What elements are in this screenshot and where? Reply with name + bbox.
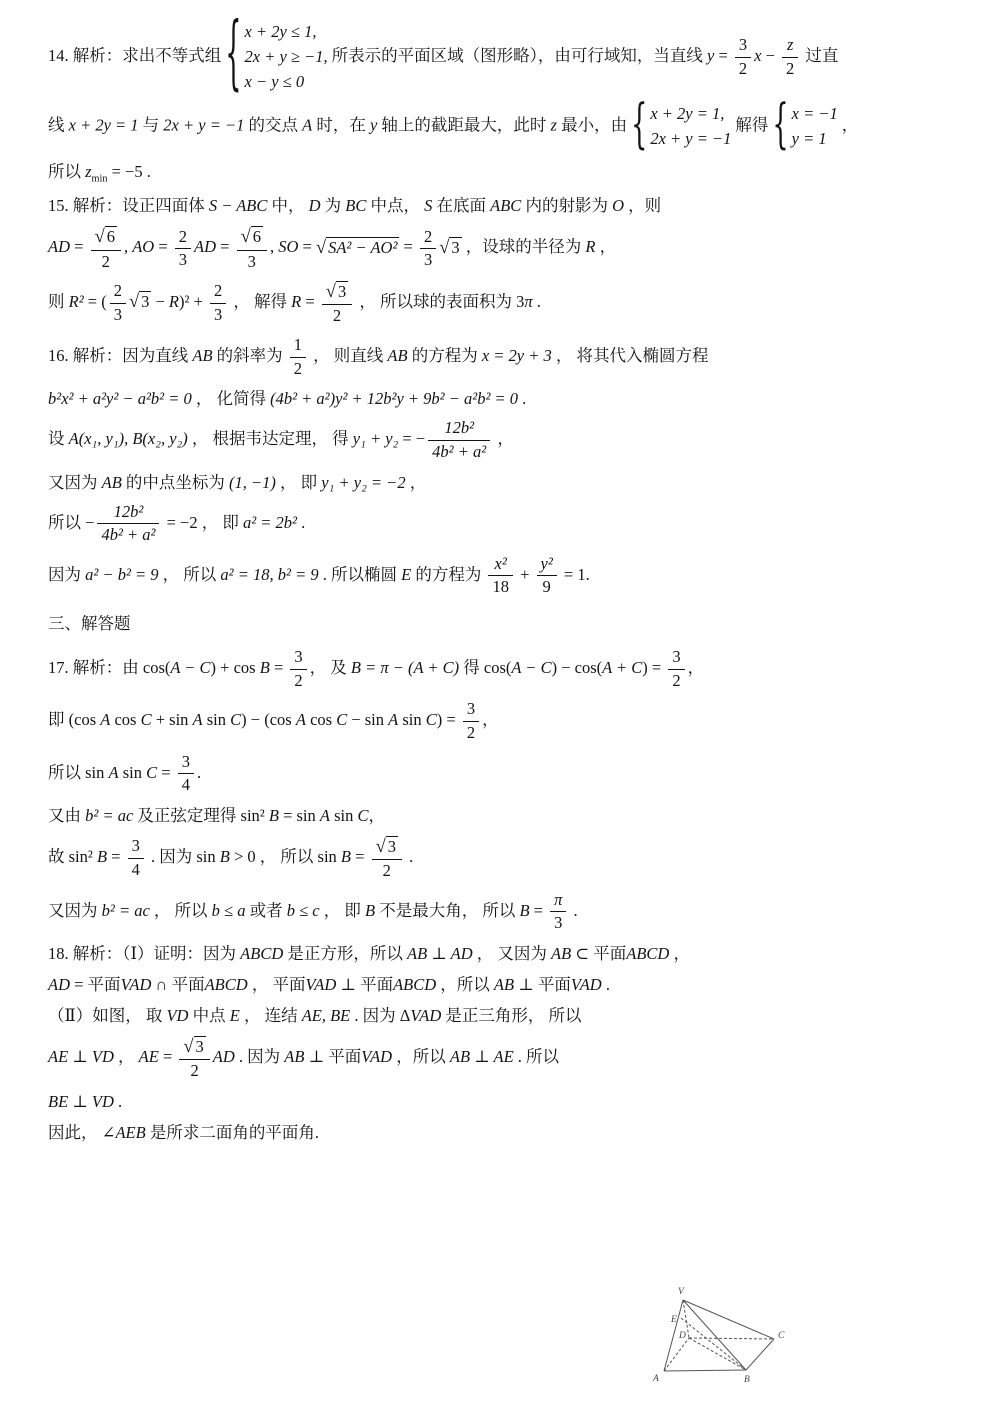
fraction-denominator: 3	[175, 249, 191, 271]
fraction-denominator: 2	[290, 358, 306, 380]
dashed-edge-DB	[689, 1338, 746, 1370]
math-run: B	[97, 847, 107, 866]
text-run: 故 sin²	[48, 847, 97, 866]
text-run: ， 连结	[240, 1006, 302, 1025]
text-run: 所以 −	[48, 513, 94, 532]
p14-line-1: 14. 解析：求出不等式组{x + 2y ≤ 1,2x + y ≥ −1,x −…	[48, 20, 958, 94]
text-run: ，	[493, 429, 514, 448]
left-brace: {	[225, 17, 241, 98]
text-run: 18. 解析：（Ⅰ）证明：因为	[48, 944, 240, 963]
p14-line-3: 所以 zmin = −5 .	[48, 160, 958, 187]
math-run: π	[524, 292, 532, 311]
math-run: SA² − AO²	[328, 238, 397, 257]
text-run: > 0 ， 所以 sin	[230, 847, 341, 866]
text-run: =	[351, 847, 369, 866]
math-run: VD	[166, 1006, 188, 1025]
text-run: 中点	[188, 1006, 229, 1025]
math-run: ABC	[490, 196, 521, 215]
radicand: 6	[105, 226, 117, 246]
problem-15: 15. 解析：设正四面体 S − ABC 中， D 为 BC 中点， S 在底面…	[48, 194, 958, 327]
text-run: ， 平面	[248, 975, 306, 994]
math-run: AB	[551, 944, 571, 963]
fraction: 23	[175, 227, 191, 271]
radical-sign: √	[316, 237, 326, 257]
math-run: VAD	[121, 975, 152, 994]
text-run: sin	[398, 710, 426, 729]
cases-group: {x + 2y ≤ 1,2x + y ≥ −1,x − y ≤ 0	[225, 20, 327, 94]
fraction-numerator: 3	[668, 647, 684, 670]
math-run: y₁ + y₂	[353, 429, 399, 448]
text-run: = (	[84, 292, 107, 311]
text-run: ⊥ 平面	[304, 1047, 361, 1066]
math-run: x = 2y + 3	[482, 346, 552, 365]
math-run: C	[146, 763, 157, 782]
math-run: VAD	[305, 975, 336, 994]
fraction: √32	[322, 280, 352, 327]
text-run: 中点，	[366, 196, 424, 215]
fraction-denominator: 2	[463, 722, 479, 744]
cases-row: x − y ≤ 0	[245, 70, 328, 95]
text-run: + sin	[152, 710, 193, 729]
math-run: AB	[494, 975, 514, 994]
fraction: 23	[210, 281, 226, 325]
fraction: 12b²4b² + a²	[428, 418, 490, 462]
fraction-numerator: 2	[210, 281, 226, 304]
p18-line-5: BE ⊥ VD .	[48, 1090, 958, 1113]
fraction-numerator: π	[550, 890, 566, 913]
solid-edge-AB	[664, 1370, 746, 1371]
radical-sign: √	[241, 226, 251, 246]
text-run: ) − cos(	[552, 658, 603, 677]
text-run: ， 所以球的表面积为 3	[355, 292, 524, 311]
math-run: AB	[102, 473, 122, 492]
radicand: SA² − AO²	[326, 237, 399, 257]
fraction-numerator: z	[782, 35, 798, 58]
text-run: ,	[270, 238, 278, 257]
text-run: ，	[669, 944, 690, 963]
text-run: =	[301, 292, 319, 311]
math-run: A	[109, 763, 119, 782]
text-run: ， 又因为	[473, 944, 551, 963]
p18-line-2: AD = 平面VAD ∩ 平面ABCD ， 平面VAD ⊥ 平面ABCD ，所以…	[48, 973, 958, 996]
math-run: C	[426, 710, 437, 729]
text-run: )² +	[179, 292, 207, 311]
square-root: √3	[326, 282, 348, 301]
text-run: =	[399, 238, 417, 257]
p16-line-2: b²x² + a²y² − a²b² = 0 ， 化简得 (4b² + a²)y…	[48, 387, 958, 410]
text-run: ，	[842, 116, 859, 135]
problem-14: 14. 解析：求出不等式组{x + 2y ≤ 1,2x + y ≥ −1,x −…	[48, 20, 958, 186]
text-run: ， 则直线	[309, 346, 387, 365]
math-run: E	[230, 1006, 240, 1025]
math-run: VAD	[361, 1047, 392, 1066]
fraction-denominator: 2	[322, 305, 352, 327]
fraction-denominator: 9	[537, 576, 557, 598]
fraction-denominator: 2	[372, 860, 402, 882]
math-run: A − C	[511, 658, 551, 677]
fraction-numerator: 3	[128, 836, 144, 859]
math-run: AB ⊥ AE	[450, 1047, 514, 1066]
math-run: b ≤ a	[212, 901, 246, 920]
radical-sign: √	[439, 237, 449, 257]
text-run: 又因为	[48, 901, 102, 920]
text-run: ， 化简得	[192, 389, 270, 408]
fraction-denominator: 2	[668, 670, 684, 692]
math-run: 12b²	[114, 502, 144, 521]
math-run: AD	[213, 1047, 235, 1066]
math-run: b ≤ c	[287, 901, 320, 920]
p17-line-5: 故 sin² B = 34 . 因为 sin B > 0 ， 所以 sin B …	[48, 835, 958, 882]
fraction: π3	[550, 890, 566, 934]
text-run: 的斜率为	[213, 346, 287, 365]
solid-edge-BC	[746, 1339, 774, 1370]
fraction-numerator: √3	[179, 1035, 209, 1060]
text-run: .	[518, 389, 526, 408]
text-run: ，设球的半径为	[462, 238, 586, 257]
p16-line-6: 因为 a² − b² = 9 ， 所以 a² = 18, b² = 9 . 所以…	[48, 554, 958, 598]
math-run: b²x² + a²y² − a²b² = 0	[48, 389, 192, 408]
text-run: ,	[124, 238, 132, 257]
text-run: cos	[306, 710, 336, 729]
radicand: 3	[386, 836, 398, 856]
text-run: =	[714, 46, 732, 65]
fraction: z2	[782, 35, 798, 79]
text-run: 的中点坐标为	[122, 473, 229, 492]
text-run: 17. 解析：由 cos(	[48, 658, 170, 677]
fraction-denominator: 2	[91, 251, 121, 273]
fraction-numerator: 2	[420, 227, 436, 250]
fraction-denominator: 4	[178, 774, 194, 796]
p18-line-6: 因此， ∠AEB 是所求二面角的平面角.	[48, 1121, 958, 1144]
text-run: 即 (cos	[48, 710, 100, 729]
p17-line-6: 又因为 b² = ac ， 所以 b ≤ a 或者 b ≤ c ， 即 B 不是…	[48, 890, 958, 934]
text-run: . 因为	[235, 1047, 285, 1066]
p18-line-4: AE ⊥ VD ， AE = √32AD . 因为 AB ⊥ 平面VAD ，所以…	[48, 1035, 958, 1082]
math-run: (1, −1)	[229, 473, 276, 492]
text-run: .	[569, 901, 577, 920]
left-brace: {	[772, 100, 788, 154]
cases-group: {x + 2y = 1,2x + y = −1	[631, 102, 731, 152]
math-run: AE, BE	[302, 1006, 351, 1025]
math-run: S − ABC	[209, 196, 268, 215]
fraction-denominator: 2	[179, 1060, 209, 1082]
vertex-label-V: V	[678, 1287, 685, 1297]
math-run: 12b²	[444, 418, 474, 437]
math-run: AB	[284, 1047, 304, 1066]
math-run: ABCD	[240, 944, 283, 963]
fraction-denominator: 4b² + a²	[428, 441, 490, 463]
math-run: C	[141, 710, 152, 729]
fraction-denominator: 3	[210, 304, 226, 326]
text-run: ， 即	[320, 901, 365, 920]
p17-line-4: 又由 b² = ac 及正弦定理得 sin² B = sin A sin C，	[48, 804, 958, 827]
fraction-numerator: 12b²	[428, 418, 490, 441]
math-run: x²	[495, 554, 507, 573]
square-root: √6	[241, 227, 263, 246]
text-run: 与	[139, 116, 164, 135]
text-run: = 1.	[560, 565, 590, 584]
text-run: 又因为	[48, 473, 102, 492]
fraction-denominator: 2	[735, 58, 751, 80]
text-run: ， 根据韦达定理， 得	[188, 429, 353, 448]
subscripted-var: zmin	[85, 162, 107, 181]
math-run: A	[388, 710, 398, 729]
p18-line-3: （Ⅱ）如图， 取 VD 中点 E ， 连结 AE, BE . 因为 ΔVAD 是…	[48, 1004, 958, 1027]
text-run: 因此， ∠	[48, 1123, 115, 1142]
text-run: ，	[482, 710, 499, 729]
text-run: ) =	[642, 658, 665, 677]
math-run: VAD	[571, 975, 602, 994]
math-run: A	[296, 710, 306, 729]
fraction: 34	[178, 752, 194, 796]
math-run: R	[169, 292, 179, 311]
text-run: . 所以椭圆	[319, 565, 402, 584]
text-run: 是正三角形， 所以	[441, 1006, 581, 1025]
problem-18: 18. 解析：（Ⅰ）证明：因为 ABCD 是正方形，所以 AB ⊥ AD ， 又…	[48, 942, 958, 1144]
math-run: AD	[48, 238, 70, 257]
math-run: A	[320, 806, 330, 825]
math-run: C	[358, 806, 369, 825]
fraction: 23	[110, 281, 126, 325]
fraction-numerator: √6	[237, 225, 267, 250]
math-run: ABCD	[626, 944, 669, 963]
vertex-label-B: B	[744, 1375, 750, 1385]
p17-line-1: 17. 解析：由 cos(A − C) + cos B = 32， 及 B = …	[48, 647, 958, 691]
text-run: .	[405, 847, 413, 866]
text-run: 解得	[735, 116, 768, 135]
text-run: ) − (cos	[241, 710, 296, 729]
math-run: ABCD	[205, 975, 248, 994]
text-run: ，	[595, 238, 616, 257]
square-root: √SA² − AO²	[316, 238, 399, 257]
math-run: π	[554, 890, 562, 909]
p15-line-1: 15. 解析：设正四面体 S − ABC 中， D 为 BC 中点， S 在底面…	[48, 194, 958, 217]
math-run: B	[365, 901, 375, 920]
text-run: 又由	[48, 806, 85, 825]
math-run: B = π − (A + C)	[351, 658, 459, 677]
fraction-numerator: x²	[488, 554, 513, 577]
text-run: ，	[688, 658, 705, 677]
text-run: 不是最大角， 所以	[375, 901, 519, 920]
text-run: −	[151, 292, 169, 311]
square-root: √6	[95, 227, 117, 246]
fraction: √63	[237, 225, 267, 272]
text-run: 及正弦定理得 sin²	[133, 806, 269, 825]
text-run: ， 及	[310, 658, 351, 677]
fraction-numerator: 2	[175, 227, 191, 250]
text-run: =	[154, 238, 172, 257]
fraction-numerator: √3	[372, 835, 402, 860]
math-run: B	[269, 806, 279, 825]
fraction-numerator: y²	[537, 554, 557, 577]
text-run: 得 cos(	[459, 658, 511, 677]
math-run: C	[336, 710, 347, 729]
fraction-numerator: √6	[91, 225, 121, 250]
math-run: A	[302, 116, 312, 135]
fraction-numerator: 3	[463, 699, 479, 722]
text-run: 为	[321, 196, 346, 215]
fraction-denominator: 3	[550, 912, 566, 934]
math-run: (4b² + a²)y² + 12b²y + 9b² − a²b² = 0	[270, 389, 518, 408]
fraction-denominator: 3	[237, 251, 267, 273]
radical-sign: √	[326, 281, 336, 301]
radical-sign: √	[129, 291, 139, 311]
square-root: √3	[129, 292, 151, 311]
text-run: 时，在	[312, 116, 370, 135]
text-run: =	[157, 763, 175, 782]
text-run: 是正方形，所以	[283, 944, 407, 963]
math-run: AB	[387, 346, 407, 365]
fraction: 12	[290, 335, 306, 379]
document-body: 14. 解析：求出不等式组{x + 2y ≤ 1,2x + y ≥ −1,x −…	[48, 12, 958, 1152]
text-run: 线	[48, 116, 69, 135]
fraction: √32	[372, 835, 402, 882]
text-run: ， 解得	[229, 292, 291, 311]
fraction-denominator: 2	[290, 670, 306, 692]
math-run: A + C	[602, 658, 642, 677]
text-run: 所以 sin	[48, 763, 109, 782]
fraction: 32	[463, 699, 479, 743]
text-run: . 因为 Δ	[350, 1006, 410, 1025]
text-run: ， 所以	[159, 565, 221, 584]
vertex-label-E: E	[670, 1315, 677, 1325]
text-run: = 平面	[70, 975, 121, 994]
text-run: −	[761, 46, 779, 65]
math-run: A(x₁, y₁), B(x₂, y₂)	[69, 429, 188, 448]
problem-17: 17. 解析：由 cos(A − C) + cos B = 32， 及 B = …	[48, 647, 958, 934]
math-run: 4b² + a²	[101, 525, 155, 544]
math-run: AO	[132, 238, 154, 257]
dashed-edge-DC	[689, 1338, 774, 1339]
cases-row: y = 1	[792, 127, 838, 152]
math-run: A − C	[170, 658, 210, 677]
p17-line-2: 即 (cos A cos C + sin A sin C) − (cos A c…	[48, 699, 958, 743]
math-run: R²	[69, 292, 84, 311]
fraction: 12b²4b² + a²	[97, 502, 159, 546]
text-run: +	[516, 565, 534, 584]
problem-16: 16. 解析：因为直线 AB 的斜率为 12 ， 则直线 AB 的方程为 x =…	[48, 335, 958, 598]
text-run: （Ⅱ）如图， 取	[48, 1006, 166, 1025]
fraction: x²18	[488, 554, 513, 598]
p15-line-3: 则 R² = (23√3 − R)² + 23 ， 解得 R = √32 ， 所…	[48, 280, 958, 327]
text-run: − sin	[347, 710, 388, 729]
text-run: 15. 解析：设正四面体	[48, 196, 209, 215]
text-run: 的交点	[244, 116, 302, 135]
dashed-edge-AD	[664, 1338, 689, 1371]
math-run: B	[260, 658, 270, 677]
math-run: AE ⊥ VD	[48, 1047, 114, 1066]
text-run: 14. 解析：求出不等式组	[48, 46, 221, 65]
vertex-label-C: C	[778, 1331, 785, 1341]
text-run: 是所求二面角的平面角.	[146, 1123, 319, 1142]
math-run: B	[341, 847, 351, 866]
radicand: 3	[194, 1036, 206, 1056]
text-run: =	[530, 901, 548, 920]
text-run: 的方程为	[411, 565, 485, 584]
fraction-numerator: √3	[322, 280, 352, 305]
vertex-label-D: D	[678, 1331, 686, 1341]
text-run: .	[114, 1092, 122, 1111]
radicand: 3	[336, 281, 348, 301]
text-run: sin	[330, 806, 358, 825]
text-run: ， 所以	[150, 901, 212, 920]
fraction-numerator: 1	[290, 335, 306, 358]
p17-line-3: 所以 sin A sin C = 34.	[48, 752, 958, 796]
cases-row: x + 2y = 1,	[650, 102, 731, 127]
math-run: R	[585, 238, 595, 257]
cases-rows: x + 2y = 1,2x + y = −1	[650, 102, 731, 152]
fraction-denominator: 3	[110, 304, 126, 326]
fraction: 32	[290, 647, 306, 691]
fraction-denominator: 4b² + a²	[97, 524, 159, 546]
math-run: AD	[48, 975, 70, 994]
radicand: 3	[139, 291, 151, 311]
text-run: = sin	[279, 806, 320, 825]
fraction: 34	[128, 836, 144, 880]
left-brace: {	[631, 100, 647, 154]
text-run: 轴上的截距最大，此时	[377, 116, 550, 135]
radicand: 6	[251, 226, 263, 246]
math-run: 4b² + a²	[432, 442, 486, 461]
text-run: 所以	[48, 162, 85, 181]
text-run: 的方程为	[408, 346, 482, 365]
text-run: ，	[406, 473, 427, 492]
math-run: D	[309, 196, 321, 215]
text-run: 最小，由	[557, 116, 627, 135]
math-run: B	[220, 847, 230, 866]
text-run: . 所以	[514, 1047, 559, 1066]
radical-sign: √	[376, 836, 386, 856]
p16-line-4: 又因为 AB 的中点坐标为 (1, −1) ， 即 y₁ + y₂ = −2 ，	[48, 471, 958, 494]
square-root: √3	[439, 238, 461, 257]
p14-line-2: 线 x + 2y = 1 与 2x + y = −1 的交点 A 时，在 y 轴…	[48, 102, 958, 152]
text-run: ，则	[624, 196, 661, 215]
solid-edge-VB	[683, 1300, 746, 1370]
fraction-denominator: 2	[782, 58, 798, 80]
fraction-numerator: 3	[735, 35, 751, 58]
math-run: O	[612, 196, 624, 215]
math-run: y²	[541, 554, 553, 573]
solid-edge-VC	[683, 1300, 774, 1339]
text-run: . 因为 sin	[147, 847, 220, 866]
text-run: =	[70, 238, 88, 257]
p16-line-5: 所以 −12b²4b² + a² = −2 ， 即 a² = 2b² .	[48, 502, 958, 546]
p16-line-3: 设 A(x₁, y₁), B(x₂, y₂) ， 根据韦达定理， 得 y₁ + …	[48, 418, 958, 462]
math-run: A	[100, 710, 110, 729]
cases-row: x + 2y ≤ 1,	[245, 20, 328, 45]
math-run: a² = 2b²	[243, 513, 297, 532]
pyramid-figure-container: VEDABC	[646, 1282, 808, 1400]
text-run: ⊂ 平面	[571, 944, 626, 963]
text-run: ， 即	[276, 473, 321, 492]
cases-row: x = −1	[792, 102, 838, 127]
text-run: ) =	[437, 710, 460, 729]
text-run: ， 将其代入椭圆方程	[552, 346, 709, 365]
fraction: 32	[735, 35, 751, 79]
section-header: 三、解答题	[48, 612, 958, 635]
fraction: √32	[179, 1035, 209, 1082]
math-run: x + 2y = 1	[69, 116, 139, 135]
math-run: AEB	[115, 1123, 145, 1142]
cases-row: 2x + y ≥ −1,	[245, 45, 328, 70]
fraction-denominator: 3	[420, 249, 436, 271]
text-run: .	[297, 513, 305, 532]
text-run: ) + cos	[211, 658, 260, 677]
text-run: ⊥ 平面	[336, 975, 393, 994]
text-run: ，	[369, 806, 386, 825]
text-run: cos	[110, 710, 140, 729]
text-run: ，所以	[436, 975, 494, 994]
